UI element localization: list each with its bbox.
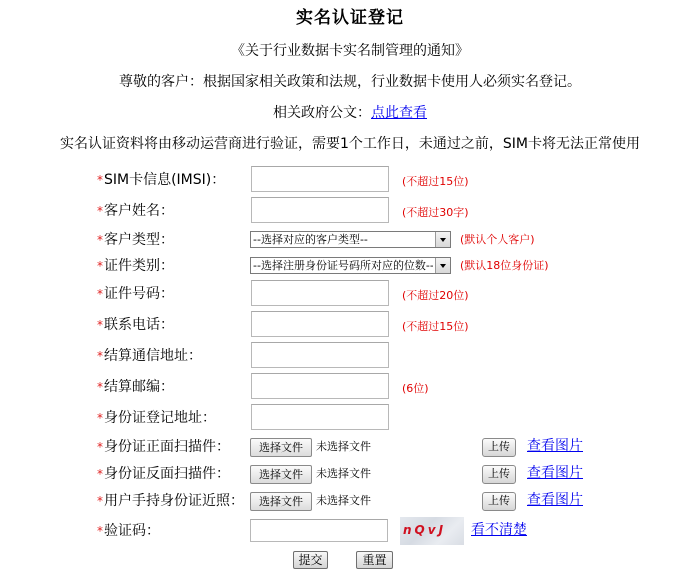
required-mark: * xyxy=(97,380,103,394)
field-label-imsi: *SIM卡信息(IMSI)： xyxy=(97,170,225,190)
choose-file-handheld-photo-button[interactable]: 选择文件 xyxy=(250,492,312,511)
required-mark: * xyxy=(97,287,103,301)
id-type-selected: --选择注册身份证号码所对应的位数-- xyxy=(253,258,433,273)
upload-id-back-button[interactable]: 上传 xyxy=(482,465,516,484)
verification-note: 实名认证资料将由移动运营商进行验证，需要1个工作日，未通过之前，SIM卡将无法正… xyxy=(0,133,700,153)
view-image-id-back-link[interactable]: 查看图片 xyxy=(527,463,583,483)
gov-doc-link[interactable]: 点此查看 xyxy=(371,105,427,121)
id-type-hint: (默认18位身份证) xyxy=(460,259,549,273)
id-number-hint: (不超过20位) xyxy=(402,289,469,303)
phone-hint: (不超过15位) xyxy=(402,320,469,334)
field-label-postcode: *结算邮编： xyxy=(97,377,174,397)
required-mark: * xyxy=(97,411,103,425)
customer-type-selected: --选择对应的客户类型-- xyxy=(253,232,433,247)
required-mark: * xyxy=(97,440,103,454)
greeting-text: 尊敬的客户：根据国家相关政策和法规，行业数据卡使用人必须实名登记。 xyxy=(0,71,700,91)
chevron-down-icon[interactable] xyxy=(435,232,450,247)
view-image-id-front-link[interactable]: 查看图片 xyxy=(527,436,583,456)
upload-label-handheld-photo: *用户手持身份证近照： xyxy=(97,491,244,511)
reset-button[interactable]: 重置 xyxy=(356,551,393,569)
customer-name-input[interactable] xyxy=(251,197,389,223)
file-status-id-back: 未选择文件 xyxy=(316,465,371,482)
choose-file-id-back-button[interactable]: 选择文件 xyxy=(250,465,312,484)
captcha-input[interactable] xyxy=(250,519,388,542)
page-title: 实名认证登记 xyxy=(0,3,700,28)
upload-label-id-back: *身份证反面扫描件： xyxy=(97,464,230,484)
file-status-id-front: 未选择文件 xyxy=(316,438,371,455)
required-mark: * xyxy=(97,318,103,332)
postcode-input[interactable] xyxy=(251,373,389,399)
view-image-handheld-photo-link[interactable]: 查看图片 xyxy=(527,490,583,510)
phone-input[interactable] xyxy=(251,311,389,337)
required-mark: * xyxy=(97,173,103,187)
gov-doc-label: 相关政府公文： xyxy=(273,105,371,121)
customer-type-hint: (默认个人客户) xyxy=(460,233,535,247)
id-number-input[interactable] xyxy=(251,280,389,306)
field-label-captcha: *验证码： xyxy=(97,521,160,541)
field-label-id-type: *证件类别： xyxy=(97,256,174,276)
field-label-customer-type: *客户类型： xyxy=(97,230,174,250)
required-mark: * xyxy=(97,494,103,508)
billing-address-input[interactable] xyxy=(251,342,389,368)
postcode-hint: (6位) xyxy=(402,382,429,396)
required-mark: * xyxy=(97,349,103,363)
notice-title: 《关于行业数据卡实名制管理的通知》 xyxy=(0,40,700,60)
imsi-hint: (不超过15位) xyxy=(402,175,469,189)
customer-name-hint: (不超过30字) xyxy=(402,206,469,220)
upload-label-id-front: *身份证正面扫描件： xyxy=(97,437,230,457)
field-label-billing-address: *结算通信地址： xyxy=(97,346,202,366)
gov-doc-line: 相关政府公文：点此查看 xyxy=(0,102,700,122)
submit-button[interactable]: 提交 xyxy=(293,551,328,569)
field-label-id-address: *身份证登记地址： xyxy=(97,408,216,428)
required-mark: * xyxy=(97,524,103,538)
choose-file-id-front-button[interactable]: 选择文件 xyxy=(250,438,312,457)
upload-id-front-button[interactable]: 上传 xyxy=(482,438,516,457)
customer-type-select[interactable]: --选择对应的客户类型-- xyxy=(250,231,451,248)
required-mark: * xyxy=(97,204,103,218)
required-mark: * xyxy=(97,467,103,481)
field-label-id-number: *证件号码： xyxy=(97,284,174,304)
field-label-phone: *联系电话： xyxy=(97,315,174,335)
captcha-image[interactable]: nQvJ xyxy=(400,517,464,545)
refresh-captcha-link[interactable]: 看不清楚 xyxy=(471,520,527,540)
imsi-input[interactable] xyxy=(251,166,389,192)
id-address-input[interactable] xyxy=(251,404,389,430)
upload-handheld-photo-button[interactable]: 上传 xyxy=(482,492,516,511)
id-type-select[interactable]: --选择注册身份证号码所对应的位数-- xyxy=(250,257,451,274)
chevron-down-icon[interactable] xyxy=(435,258,450,273)
file-status-handheld-photo: 未选择文件 xyxy=(316,492,371,509)
field-label-customer-name: *客户姓名： xyxy=(97,201,174,221)
required-mark: * xyxy=(97,259,103,273)
required-mark: * xyxy=(97,233,103,247)
